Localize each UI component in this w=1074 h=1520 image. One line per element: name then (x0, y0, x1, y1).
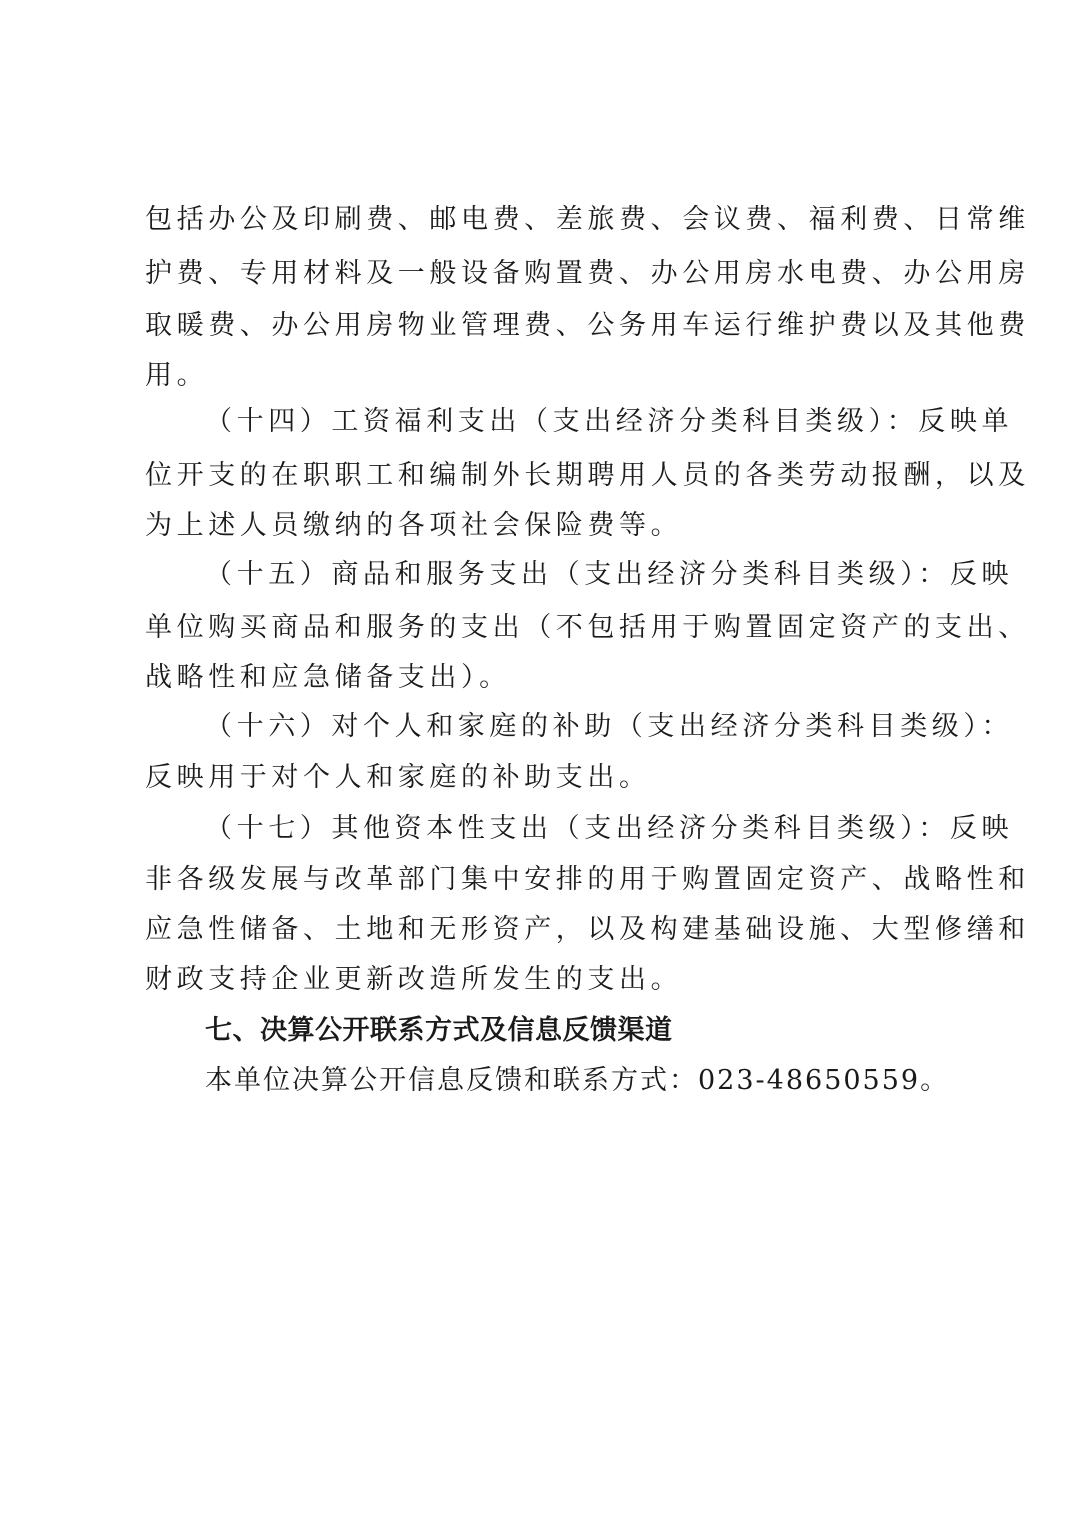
paragraph-15-line-1: （十五）商品和服务支出（支出经济分类科目类级）：反映 (205, 557, 945, 593)
document-page: 包括办公及印刷费、邮电费、差旅费、会议费、福利费、日常维 护费、专用材料及一般设… (0, 0, 1074, 1520)
paragraph-16-line-2: 反映用于对个人和家庭的补助支出。 (145, 760, 945, 796)
paragraph-17-line-4: 财政支持企业更新改造所发生的支出。 (145, 962, 945, 998)
paragraph-continuation-line-2: 护费、专用材料及一般设备购置费、办公用房水电费、办公用房 (145, 256, 945, 292)
paragraph-continuation-line-4: 用。 (145, 358, 945, 394)
paragraph-continuation-line-3: 取暖费、办公用房物业管理费、公务用车运行维护费以及其他费 (145, 308, 945, 344)
paragraph-15-line-2: 单位购买商品和服务的支出（不包括用于购置固定资产的支出、 (145, 610, 945, 646)
paragraph-15-line-3: 战略性和应急储备支出）。 (145, 660, 945, 696)
paragraph-16-line-1: （十六）对个人和家庭的补助（支出经济分类科目类级）： (205, 709, 945, 745)
contact-info: 本单位决算公开信息反馈和联系方式：023-48650559。 (205, 1063, 945, 1099)
paragraph-14-line-2: 位开支的在职职工和编制外长期聘用人员的各类劳动报酬，以及 (145, 458, 945, 494)
section-heading: 七、决算公开联系方式及信息反馈渠道 (205, 1013, 945, 1049)
paragraph-continuation-line-1: 包括办公及印刷费、邮电费、差旅费、会议费、福利费、日常维 (145, 202, 945, 238)
paragraph-17-line-2: 非各级发展与改革部门集中安排的用于购置固定资产、战略性和 (145, 862, 945, 898)
paragraph-14-line-1: （十四）工资福利支出（支出经济分类科目类级）：反映单 (205, 404, 945, 440)
paragraph-14-line-3: 为上述人员缴纳的各项社会保险费等。 (145, 508, 945, 544)
paragraph-17-line-1: （十七）其他资本性支出（支出经济分类科目类级）：反映 (205, 811, 945, 847)
paragraph-17-line-3: 应急性储备、土地和无形资产，以及构建基础设施、大型修缮和 (145, 912, 945, 948)
